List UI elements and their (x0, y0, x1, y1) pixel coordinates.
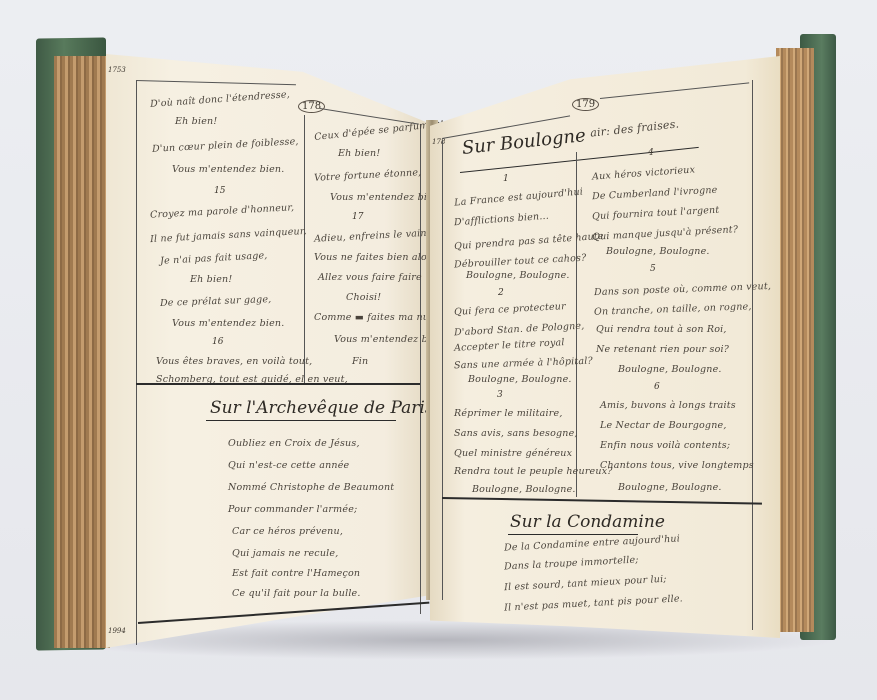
left-page-edges (54, 56, 110, 648)
verse-line: Quel ministre généreux (454, 448, 572, 459)
verse-line: Ce qu'il fait pour la bulle. (232, 588, 361, 599)
verse-line: Vous m'entendez bien. (172, 164, 284, 175)
fin-mark: Fin (352, 356, 368, 367)
verse-line: Ne retenant rien pour soi? (596, 344, 729, 355)
verse-line: Chantons tous, vive longtemps (600, 460, 754, 471)
verse-line: Amis, buvons à longs traits (600, 400, 736, 411)
verse-line: Pour commander l'armée; (228, 504, 357, 515)
verse-line: Boulogne, Boulogne. (618, 482, 722, 493)
verse-line: Eh bien! (175, 116, 217, 127)
verse-line: Rendra tout le peuple heureux? (454, 466, 613, 477)
condamine-underline (508, 534, 638, 535)
verse-line: Qui rendra tout à son Roi, (596, 324, 727, 335)
title-underline (206, 420, 396, 421)
verse-line: Qui n'est-ce cette année (228, 460, 349, 471)
verse-line: Boulogne, Boulogne. (466, 270, 570, 281)
verse-line: Allez vous faire faire (318, 272, 422, 283)
stanza-number: 6 (654, 382, 660, 392)
verse-line: Vous m'entendez bien. (172, 318, 284, 329)
left-margin-rule (136, 80, 137, 645)
column-divider (304, 115, 305, 383)
right-page-edges (776, 48, 814, 632)
verse-line: Le Nectar de Bourgogne, (600, 420, 727, 431)
right-page-left-margin (442, 140, 443, 600)
verse-line: Réprimer le militaire, (454, 408, 563, 419)
section-divider (136, 383, 420, 385)
verse-line: Boulogne, Boulogne. (618, 364, 722, 375)
section-title-condamine: Sur la Condamine (510, 512, 665, 532)
right-page-right-margin (752, 80, 753, 630)
verse-line: Oubliez en Croix de Jésus, (228, 438, 360, 449)
stanza-number: 5 (650, 264, 656, 274)
verse-line: Eh bien! (190, 274, 232, 285)
stanza-number: 17 (352, 212, 363, 222)
verse-line: Boulogne, Boulogne. (606, 246, 710, 257)
page-number-178: 178 (298, 100, 325, 113)
verse-line: Boulogne, Boulogne. (468, 374, 572, 385)
verse-line: Choisi! (346, 292, 381, 303)
verse-line: Eh bien! (338, 148, 380, 159)
stanza-number: 2 (498, 288, 504, 298)
bottom-margin-mark: 1994 (108, 627, 126, 635)
stanza-number: 1 (503, 174, 509, 184)
verse-line: Boulogne, Boulogne. (472, 484, 576, 495)
verse-line: Est fait contre l'Hameçon (232, 568, 360, 579)
verse-line: Qui jamais ne recule, (232, 548, 338, 559)
verse-line: Nommé Christophe de Beaumont (228, 482, 394, 493)
gutter-mark: 178 (432, 138, 445, 146)
verse-line: Vous ne faites bien alors, (314, 252, 440, 263)
section-title-archeveque: Sur l'Archevêque de Paris (210, 398, 434, 418)
stanza-number: 16 (212, 337, 223, 347)
stanza-number: 3 (497, 390, 503, 400)
stanza-number: 4 (648, 148, 654, 158)
stanza-number: 15 (214, 186, 225, 196)
verse-line: Comme ▬ faites ma nue, (314, 312, 438, 323)
verse-line: Vous êtes braves, en voilà tout, (156, 356, 312, 367)
verse-line: Enfin nous voilà contents; (600, 440, 730, 451)
page-number-179: 179 (572, 98, 599, 111)
verse-line: Car ce héros prévenu, (232, 526, 343, 537)
top-margin-mark: 1753 (108, 66, 126, 74)
verse-line: Sans avis, sans besogne, (454, 428, 578, 439)
